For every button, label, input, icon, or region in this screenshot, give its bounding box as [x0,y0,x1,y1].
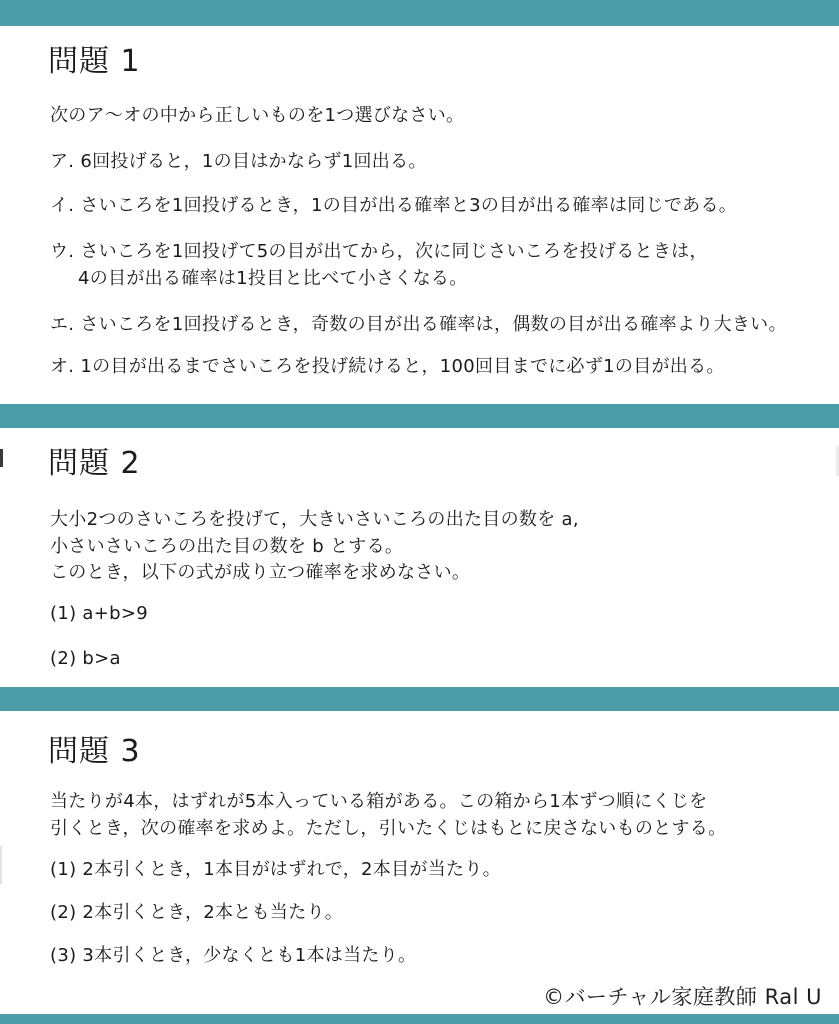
problem1-option-u-line2: 4の目が出る確率は1投目と比べて小さくなる。 [78,267,468,291]
problem2-body-line1: 大小2つのさいころを投げて，大きいさいころの出た目の数を a, [50,508,579,532]
problem1-option-i: イ. さいころを1回投げるとき，1の目が出る確率と3の目が出る確率は同じである。 [50,194,737,218]
problem3-question-3: (3) 3本引くとき，少なくとも1本は当たり。 [50,944,416,968]
problem2-question-2: (2) b>a [50,647,121,671]
problem1-title: 問題 1 [48,45,141,79]
left-edge-artifact-1 [0,449,3,467]
problem3-question-1: (1) 2本引くとき，1本目がはずれで，2本目が当たり。 [50,858,501,882]
left-edge-artifact-2 [0,846,2,884]
problem3-question-2: (2) 2本引くとき，2本とも当たり。 [50,901,343,925]
problem2-body-line3: このとき，以下の式が成り立つ確率を求めなさい。 [50,561,470,585]
top-divider-bar [0,0,839,26]
problem1-option-u-line1: ウ. さいころを1回投げて5の目が出てから，次に同じさいころを投げるときは， [50,240,708,264]
problem1-option-o: オ. 1の目が出るまでさいころを投げ続けると，100回目までに必ず1の目が出る。 [50,355,725,379]
problem2-question-1: (1) a+b>9 [50,602,148,626]
section-divider-bar-1 [0,404,839,428]
problem2-body-line2: 小さいさいころの出た目の数を b とする。 [50,535,403,559]
problem3-body-line2: 引くとき，次の確率を求めよ。ただし，引いたくじはもとに戻さないものとする。 [50,817,726,841]
problem3-body-line1: 当たりが4本，はずれが5本入っている箱がある。この箱から1本ずつ順にくじを [50,790,707,814]
section-divider-bar-2 [0,687,839,711]
worksheet-page: 問題 1 次のア〜オの中から正しいものを1つ選びなさい。 ア. 6回投げると，1… [0,0,839,1024]
problem2-title: 問題 2 [48,447,141,481]
bottom-divider-bar [0,1014,839,1024]
problem3-title: 問題 3 [48,735,141,769]
problem1-option-a: ア. 6回投げると，1の目はかならず1回出る。 [50,150,427,174]
problem1-option-e: エ. さいころを1回投げるとき，奇数の目が出る確率は，偶数の目が出る確率より大き… [50,313,787,337]
copyright-notice: ©バーチャル家庭教師 Ral U [543,984,822,1010]
problem1-intro: 次のア〜オの中から正しいものを1つ選びなさい。 [50,104,464,128]
